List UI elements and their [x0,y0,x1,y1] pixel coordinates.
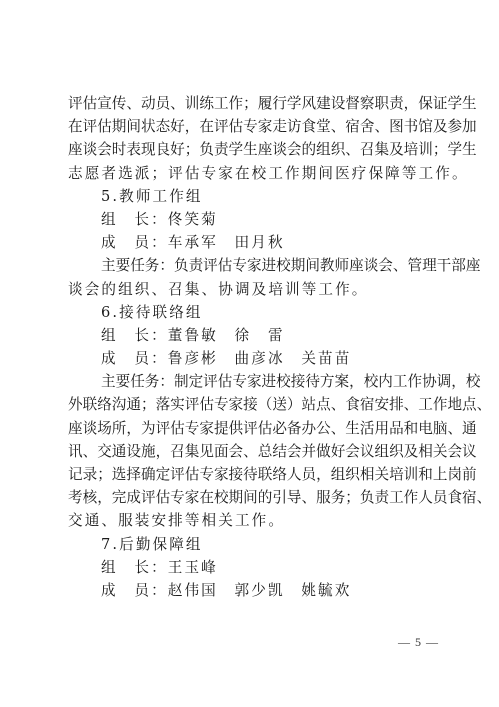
paragraph-line: 评估宣传、动员、训练工作；履行学风建设督察职责，保证学生 [68,92,440,115]
section-heading-reception-group: 6.接待联络组 [68,301,440,324]
task-line: 座谈场所，为评估专家提供评估必备办公、生活用品和电脑、通 [68,417,440,440]
members-label: 成 员： [101,350,168,367]
task-line: 讯、交通设施，召集见面会、总结会并做好会议组织及相关会议 [68,440,440,463]
members-label: 成 员： [101,234,168,251]
section-leader-row: 组 长：董鲁敏 徐 雷 [68,324,440,347]
section-members-row: 成 员：鲁彦彬 曲彦冰 关苗苗 [68,347,440,370]
paragraph-line: 座谈会时表现良好；负责学生座谈会的组织、召集及培训；学生 [68,138,440,161]
paragraph-line: 在评估期间状态好，在评估专家走访食堂、宿舍、图书馆及参加 [68,115,440,138]
members-names: 鲁彦彬 曲彦冰 关苗苗 [168,350,352,367]
leader-names: 董鲁敏 徐 雷 [168,327,285,344]
leader-names: 佟笑菊 [168,211,218,228]
task-line: 记录；选择确定评估专家接待联络人员，组织相关培训和上岗前 [68,463,440,486]
section-leader-row: 组 长：王玉峰 [68,556,440,579]
members-names: 车承军 田月秋 [168,234,285,251]
document-page: 评估宣传、动员、训练工作；履行学风建设督察职责，保证学生 在评估期间状态好，在评… [68,92,440,602]
paragraph-line: 志愿者选派；评估专家在校工作期间医疗保障等工作。 [68,162,440,185]
section-members-row: 成 员：赵伟国 郭少凯 姚毓欢 [68,579,440,602]
task-line: 主要任务：制定评估专家进校接待方案，校内工作协调，校 [68,370,440,393]
task-line: 谈会的组织、召集、协调及培训等工作。 [68,278,440,301]
section-heading-logistics-group: 7.后勤保障组 [68,533,440,556]
page-number: — 5 — [398,635,439,650]
leader-label: 组 长： [101,211,168,228]
members-names: 赵伟国 郭少凯 姚毓欢 [168,582,352,599]
section-members-row: 成 员：车承军 田月秋 [68,231,440,254]
task-line: 交通、服装安排等相关工作。 [68,509,440,532]
task-line: 考核，完成评估专家在校期间的引导、服务；负责工作人员食宿、 [68,486,440,509]
task-line: 外联络沟通；落实评估专家接（送）站点、食宿安排、工作地点、 [68,393,440,416]
section-heading-teacher-group: 5.教师工作组 [68,185,440,208]
leader-label: 组 长： [101,559,168,576]
task-line: 主要任务：负责评估专家进校期间教师座谈会、管理干部座 [68,254,440,277]
members-label: 成 员： [101,582,168,599]
leader-label: 组 长： [101,327,168,344]
section-leader-row: 组 长：佟笑菊 [68,208,440,231]
leader-names: 王玉峰 [168,559,218,576]
